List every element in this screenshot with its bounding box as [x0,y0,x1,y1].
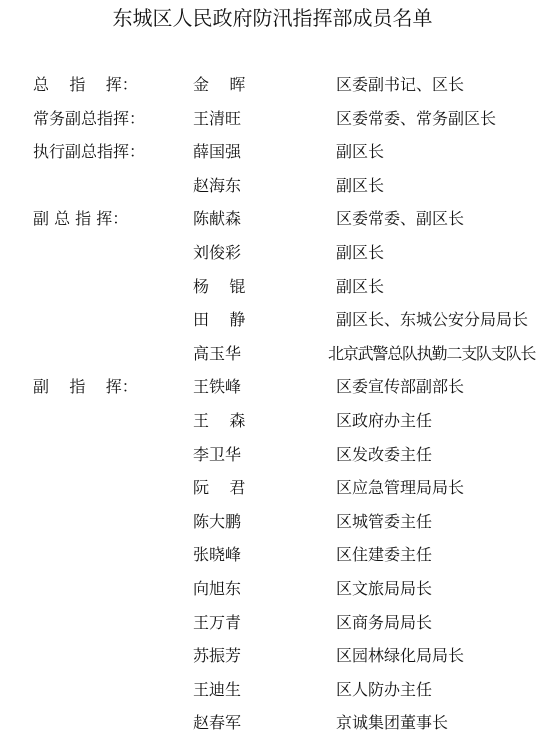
member-post: 区政府办主任 [336,407,556,435]
member-post: 副区长 [336,172,556,200]
member-name: 金 晖 [193,71,313,99]
member-row: 赵春军 京诚集团董事长 [0,709,559,737]
member-row: 杨 锟 副区长 [0,273,559,301]
member-post: 北京武警总队执勤二支队支队长 [328,340,548,368]
member-row: 张晓峰 区住建委主任 [0,541,559,569]
member-row: 李卫华 区发改委主任 [0,441,559,469]
member-name: 李卫华 [193,441,313,469]
role-label: 执行副总指挥： [33,138,173,166]
member-row: 王迪生 区人防办主任 [0,676,559,704]
member-row: 王 森 区政府办主任 [0,407,559,435]
member-row: 副 总 指 挥： 陈献森 区委常委、副区长 [0,205,559,233]
document-title-text: 东城区人民政府防汛指挥部成员名单 [113,6,433,30]
member-name: 王万青 [193,609,313,637]
member-name: 杨 锟 [193,273,313,301]
member-name: 苏振芳 [193,642,313,670]
member-post: 区发改委主任 [336,441,556,469]
member-row: 常务副总指挥： 王清旺 区委常委、常务副区长 [0,105,559,133]
member-row: 总 指 挥： 金 晖 区委副书记、区长 [0,71,559,99]
member-row: 执行副总指挥： 薛国强 副区长 [0,138,559,166]
member-name: 王清旺 [193,105,313,133]
role-label: 总 指 挥： [33,71,173,99]
member-name: 薛国强 [193,138,313,166]
member-post: 区城管委主任 [336,508,556,536]
member-name: 高玉华 [193,340,313,368]
member-post: 区委常委、副区长 [336,205,556,233]
member-name: 向旭东 [193,575,313,603]
member-name: 王迪生 [193,676,313,704]
role-label: 常务副总指挥： [33,105,173,133]
member-name: 王铁峰 [193,373,313,401]
member-name: 陈大鹏 [193,508,313,536]
member-row: 陈大鹏 区城管委主任 [0,508,559,536]
member-post: 区委副书记、区长 [336,71,556,99]
member-row: 刘俊彩 副区长 [0,239,559,267]
member-row: 赵海东 副区长 [0,172,559,200]
member-post: 副区长、东城公安分局局长 [336,306,556,334]
member-post: 副区长 [336,138,556,166]
member-name: 王 森 [193,407,313,435]
member-post: 区人防办主任 [336,676,556,704]
document-title: 东城区人民政府防汛指挥部成员名单 [0,4,559,32]
member-name: 赵春军 [193,709,313,737]
member-post: 副区长 [336,273,556,301]
member-name: 陈献森 [193,205,313,233]
member-post: 区委常委、常务副区长 [336,105,556,133]
member-row: 阮 君 区应急管理局局长 [0,474,559,502]
member-row: 副 指 挥： 王铁峰 区委宣传部副部长 [0,373,559,401]
member-name: 阮 君 [193,474,313,502]
member-post: 副区长 [336,239,556,267]
member-post: 区园林绿化局局长 [336,642,556,670]
role-label: 副 总 指 挥： [33,205,173,233]
member-row: 苏振芳 区园林绿化局局长 [0,642,559,670]
member-post: 区住建委主任 [336,541,556,569]
member-name: 赵海东 [193,172,313,200]
member-post: 区商务局局长 [336,609,556,637]
member-row: 高玉华 北京武警总队执勤二支队支队长 [0,340,559,368]
member-name: 田 静 [193,306,313,334]
member-row: 向旭东 区文旅局局长 [0,575,559,603]
member-name: 刘俊彩 [193,239,313,267]
member-post: 区文旅局局长 [336,575,556,603]
member-row: 田 静 副区长、东城公安分局局长 [0,306,559,334]
member-row: 王万青 区商务局局长 [0,609,559,637]
role-label: 副 指 挥： [33,373,173,401]
member-post: 京诚集团董事长 [336,709,556,737]
member-post: 区委宣传部副部长 [336,373,556,401]
member-name: 张晓峰 [193,541,313,569]
member-post: 区应急管理局局长 [336,474,556,502]
